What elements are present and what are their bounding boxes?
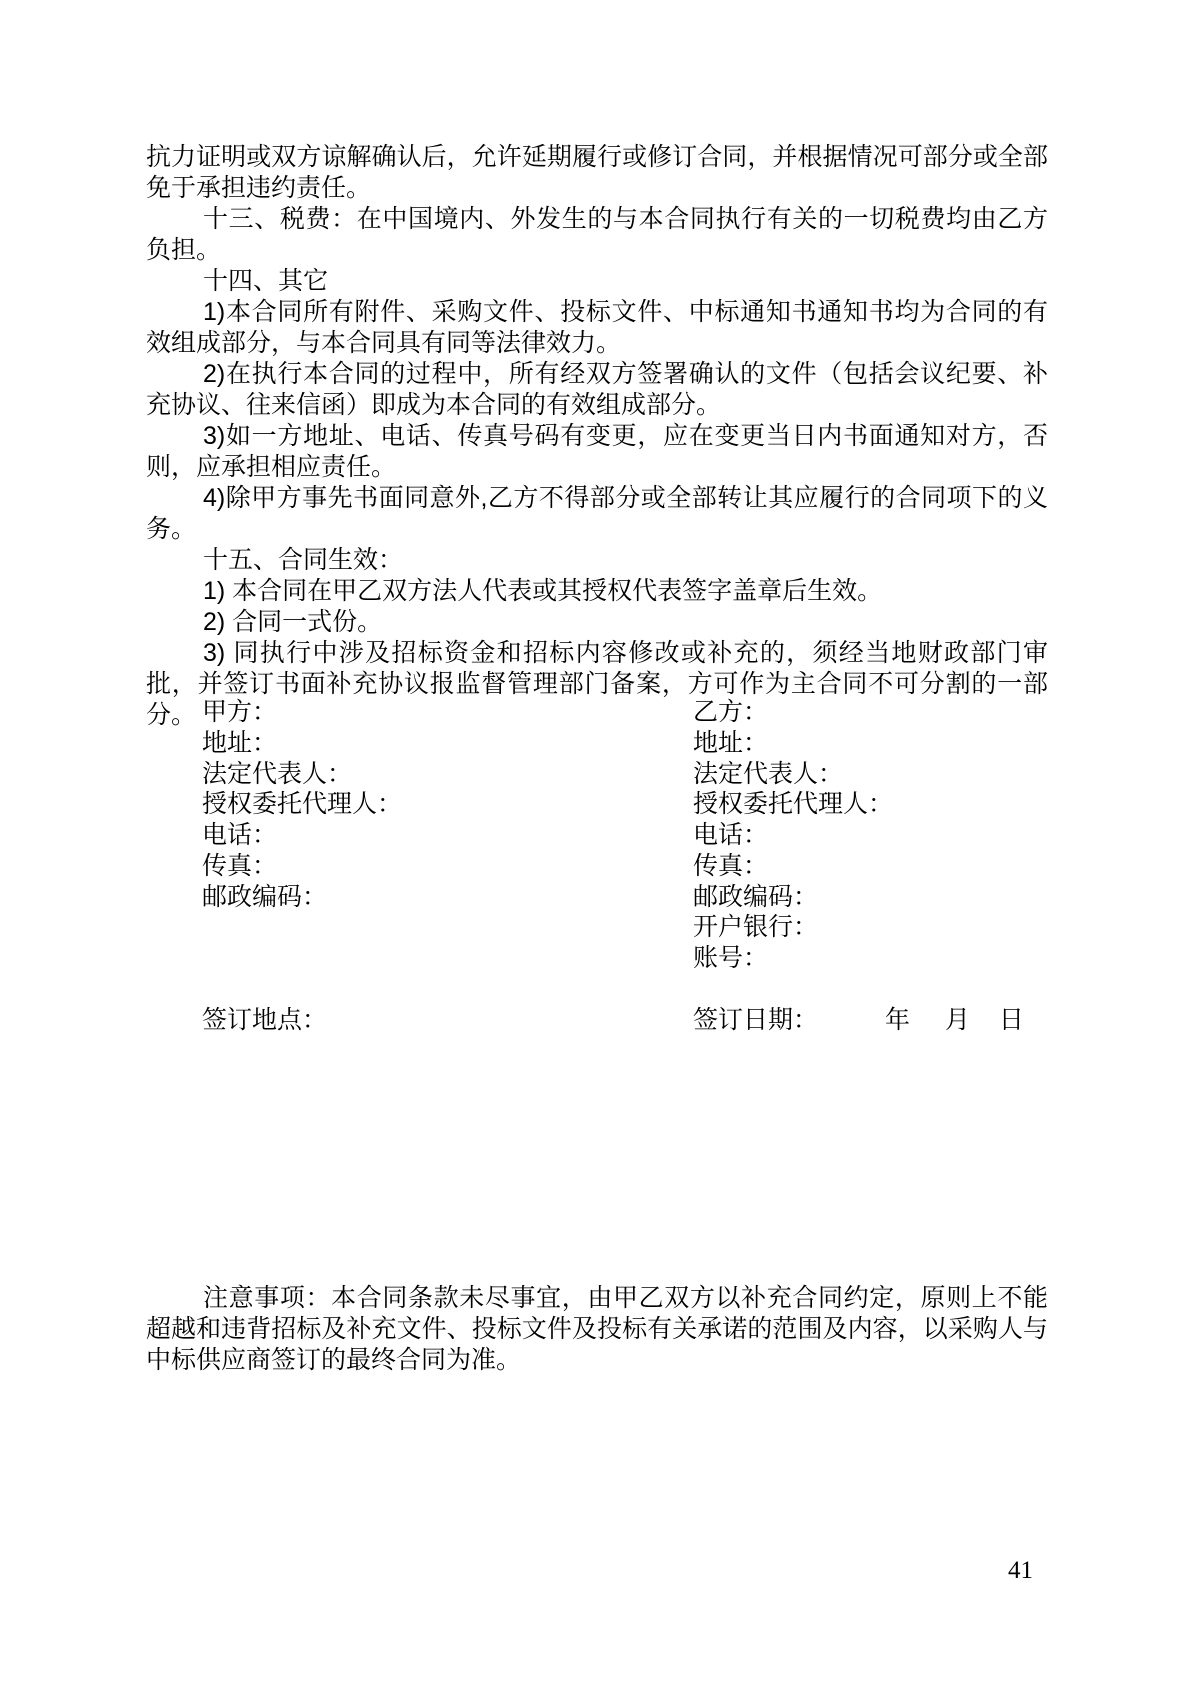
clause-14-item-3: 3)如一方地址、电话、传真号码有变更，应在变更当日内书面通知对方，否则，应承担相… <box>146 421 1048 483</box>
clause-13-taxes: 十三、税费：在中国境内、外发生的与本合同执行有关的一切税费均由乙方负担。 <box>146 204 1048 266</box>
party-a-postcode-label: 邮政编码： <box>202 882 402 913</box>
clause-14-other: 十四、其它 <box>146 266 1048 297</box>
party-b-account-label: 账号： <box>693 943 893 974</box>
signing-date-row: 签订日期： 年 月 日 <box>693 1005 1024 1036</box>
party-a-phone-label: 电话： <box>202 820 402 851</box>
party-a-legal-rep-label: 法定代表人： <box>202 759 402 790</box>
signing-place-label: 签订地点： <box>202 1005 327 1036</box>
contract-clauses: 抗力证明或双方谅解确认后，允许延期履行或修订合同，并根据情况可部分或全部免于承担… <box>146 142 1048 731</box>
party-b-name-label: 乙方： <box>693 697 893 728</box>
party-b-fax-label: 传真： <box>693 851 893 882</box>
party-b-legal-rep-label: 法定代表人： <box>693 759 893 790</box>
party-b-block: 乙方： 地址： 法定代表人： 授权委托代理人： 电话： 传真： 邮政编码： 开户… <box>693 697 893 974</box>
signing-date-label: 签订日期： <box>693 1006 818 1034</box>
party-a-agent-label: 授权委托代理人： <box>202 789 402 820</box>
year-label: 年 <box>885 1006 910 1034</box>
party-a-fax-label: 传真： <box>202 851 402 882</box>
notes-paragraph: 注意事项：本合同条款未尽事宜，由甲乙双方以补充合同约定，原则上不能超越和违背招标… <box>146 1283 1048 1376</box>
month-label: 月 <box>945 1006 970 1034</box>
day-label: 日 <box>999 1006 1024 1034</box>
party-a-address-label: 地址： <box>202 728 402 759</box>
party-a-block: 甲方： 地址： 法定代表人： 授权委托代理人： 电话： 传真： 邮政编码： <box>202 697 402 912</box>
clause-15-item-1: 1) 本合同在甲乙双方法人代表或其授权代表签字盖章后生效。 <box>146 576 1048 607</box>
clause-15-effective: 十五、合同生效： <box>146 545 1048 576</box>
party-b-postcode-label: 邮政编码： <box>693 882 893 913</box>
party-b-bank-label: 开户银行： <box>693 912 893 943</box>
clause-14-item-4: 4)除甲方事先书面同意外,乙方不得部分或全部转让其应履行的合同项下的义务。 <box>146 483 1048 545</box>
party-b-address-label: 地址： <box>693 728 893 759</box>
party-b-phone-label: 电话： <box>693 820 893 851</box>
contract-page: 抗力证明或双方谅解确认后，允许延期履行或修订合同，并根据情况可部分或全部免于承担… <box>0 0 1190 1682</box>
party-b-agent-label: 授权委托代理人： <box>693 789 893 820</box>
clause-14-item-2: 2)在执行本合同的过程中，所有经双方签署确认的文件（包括会议纪要、补充协议、往来… <box>146 359 1048 421</box>
clause-14-item-1: 1)本合同所有附件、采购文件、投标文件、中标通知书通知书均为合同的有效组成部分，… <box>146 297 1048 359</box>
page-number: 41 <box>1008 1558 1033 1584</box>
clause-15-item-2: 2) 合同一式份。 <box>146 607 1048 638</box>
party-a-name-label: 甲方： <box>202 697 402 728</box>
clause-continuation: 抗力证明或双方谅解确认后，允许延期履行或修订合同，并根据情况可部分或全部免于承担… <box>146 142 1048 204</box>
